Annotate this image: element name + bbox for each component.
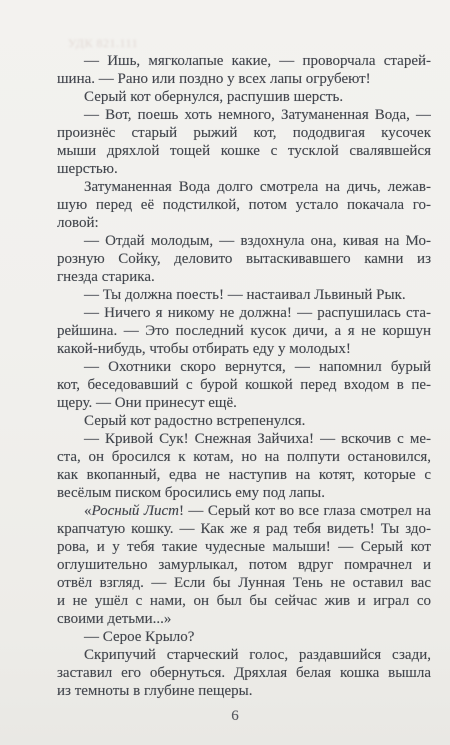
text-line: весёлым писком бросились ему под лапы. <box>57 484 431 502</box>
text-segment: ! — Серый кот во все глаза смотрел на <box>179 503 431 519</box>
text-segment: рейшина. — Это последний кусок дичи, а я… <box>57 323 431 339</box>
text-line: — Ничего я никому не должна! — распушила… <box>57 304 431 322</box>
text-line: какой-нибудь, чтобы отбирать еду у молод… <box>57 340 431 358</box>
text-line: — Ты должна поесть! — настаивал Львиный … <box>57 286 431 304</box>
text-segment: мыши дряхлой тощей кошке с тусклой сваля… <box>57 143 431 159</box>
text-segment: шерстью. <box>57 161 118 177</box>
text-segment: Серый кот обернулся, распушив шерсть. <box>84 89 343 105</box>
text-line: Затуманенная Вода долго смотрела на дичь… <box>57 178 431 196</box>
text-segment: как вкопанный, едва не наступив на котят… <box>57 467 431 483</box>
text-line: произнёс старый рыжий кот, пододвигая ку… <box>57 124 431 142</box>
text-line: гнезда старика. <box>57 268 431 286</box>
text-segment: Серый кот радостно встрепенулся. <box>84 413 305 429</box>
text-line: своими детьми...» <box>57 610 431 628</box>
text-line: ловой: <box>57 214 431 232</box>
text-segment: — Ишь, мягколапые какие, — проворчала ст… <box>84 53 431 69</box>
text-line: — Серое Крыло? <box>57 628 431 646</box>
page-number: 6 <box>10 708 450 725</box>
text-line: кот, беседовавший с бурой кошкой перед в… <box>57 376 431 394</box>
text-line: мыши дряхлой тощей кошке с тусклой сваля… <box>57 142 431 160</box>
text-line: «Росный Лист! — Серый кот во все глаза с… <box>57 502 431 520</box>
text-line: шерстью. <box>57 160 431 178</box>
text-segment: — Вот, поешь хоть немного, Затуманенная … <box>84 107 431 123</box>
text-segment: Скрипучий старческий голос, раздавшийся … <box>84 647 431 663</box>
text-line: Серый кот обернулся, распушив шерсть. <box>57 88 431 106</box>
text-segment: какой-нибудь, чтобы отбирать еду у молод… <box>57 341 351 357</box>
text-segment: ловой: <box>57 215 99 231</box>
text-segment: розную Сойку, деловито вытаскивавшего ка… <box>57 251 431 267</box>
text-line: — Охотники скоро вернутся, — напомнил бу… <box>57 358 431 376</box>
text-segment: — Кривой Сук! Снежная Зайчиха! — вскочив… <box>84 431 431 447</box>
text-segment: крапчатую кошку. — Как же я рад тебя вид… <box>57 521 431 537</box>
text-line: розную Сойку, деловито вытаскивавшего ка… <box>57 250 431 268</box>
italic-text: Росный Лист <box>92 503 179 519</box>
text-segment: из темноты в глубине пещеры. <box>57 683 252 699</box>
text-segment: — Охотники скоро вернутся, — напомнил бу… <box>84 359 431 375</box>
text-line: и не ушёл с нами, он был бы сейчас жив и… <box>57 592 431 610</box>
text-segment: кот, беседовавший с бурой кошкой перед в… <box>57 377 431 393</box>
text-segment: шую перед её подстилкой, потом устало по… <box>57 197 431 213</box>
text-segment: щеру. — Они принесут ещё. <box>57 395 237 411</box>
text-line: рейшина. — Это последний кусок дичи, а я… <box>57 322 431 340</box>
text-segment: шина. — Рано или поздно у всех лапы огру… <box>57 71 371 87</box>
text-segment: « <box>84 503 92 519</box>
text-line: шую перед её подстилкой, потом устало по… <box>57 196 431 214</box>
text-segment: произнёс старый рыжий кот, пододвигая ку… <box>57 125 431 141</box>
text-line: рова, и у тебя такие чудесные малыши! — … <box>57 538 431 556</box>
text-segment: гнезда старика. <box>57 269 155 285</box>
text-block: — Ишь, мягколапые какие, — проворчала ст… <box>57 52 431 700</box>
text-segment: — Ничего я никому не должна! — распушила… <box>84 305 431 321</box>
text-segment: своими детьми...» <box>57 611 171 627</box>
text-segment: — Ты должна поесть! — настаивал Львиный … <box>84 287 406 303</box>
book-page: УДК 821.111 — Ишь, мягколапые какие, — п… <box>0 0 450 745</box>
text-segment: весёлым писком бросились ему под лапы. <box>57 485 325 501</box>
text-segment: и не ушёл с нами, он был бы сейчас жив и… <box>57 593 431 609</box>
text-line: — Вот, поешь хоть немного, Затуманенная … <box>57 106 431 124</box>
text-line: как вкопанный, едва не наступив на котят… <box>57 466 431 484</box>
text-line: заставил его обернуться. Дряхлая белая к… <box>57 664 431 682</box>
text-segment: — Серое Крыло? <box>84 629 194 645</box>
text-line: оглушительно замурлыкал, потом вдруг пом… <box>57 556 431 574</box>
text-line: — Кривой Сук! Снежная Зайчиха! — вскочив… <box>57 430 431 448</box>
text-line: щеру. — Они принесут ещё. <box>57 394 431 412</box>
text-line: — Ишь, мягколапые какие, — проворчала ст… <box>57 52 431 70</box>
text-segment: оглушительно замурлыкал, потом вдруг пом… <box>57 557 431 573</box>
text-segment: — Отдай молодым, — вздохнула она, кивая … <box>84 233 431 249</box>
text-line: ста, он бросился к котам, но на полпути … <box>57 448 431 466</box>
text-line: шина. — Рано или поздно у всех лапы огру… <box>57 70 431 88</box>
text-segment: ста, он бросился к котам, но на полпути … <box>57 449 431 465</box>
text-line: — Отдай молодым, — вздохнула она, кивая … <box>57 232 431 250</box>
text-segment: отвёл взгляд. — Если бы Лунная Тень не о… <box>57 575 431 591</box>
text-segment: заставил его обернуться. Дряхлая белая к… <box>57 665 431 681</box>
text-line: крапчатую кошку. — Как же я рад тебя вид… <box>57 520 431 538</box>
text-segment: Затуманенная Вода долго смотрела на дичь… <box>84 179 431 195</box>
text-line: Серый кот радостно встрепенулся. <box>57 412 431 430</box>
text-line: отвёл взгляд. — Если бы Лунная Тень не о… <box>57 574 431 592</box>
text-line: из темноты в глубине пещеры. <box>57 682 431 700</box>
text-segment: рова, и у тебя такие чудесные малыши! — … <box>57 539 431 555</box>
bleedthrough-text: УДК 821.111 <box>68 36 138 51</box>
text-line: Скрипучий старческий голос, раздавшийся … <box>57 646 431 664</box>
